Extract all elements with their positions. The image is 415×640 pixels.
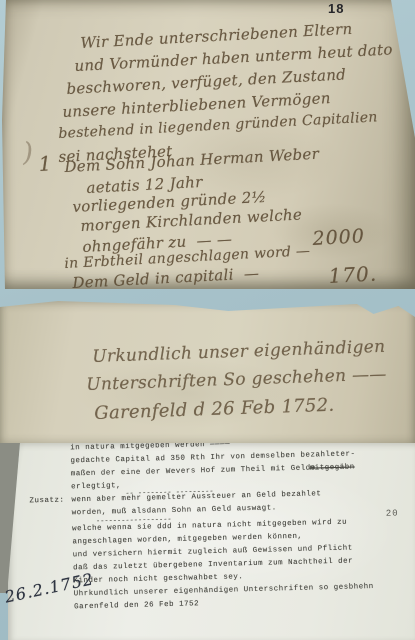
manuscript-handwriting-line: )	[22, 137, 34, 168]
typed-text-block: 20 in natura mitgegeben werden ————gedac…	[6, 435, 415, 640]
manuscript-fragment-signature: Urkundlich unser eigenhändigenUnterschri…	[0, 297, 415, 445]
typed-text-line: Uhrkundlich unserer eigenhändigen Unters…	[74, 583, 374, 598]
typed-text-line: gedachte Capital ad 350 Rth Ihr von dems…	[70, 450, 355, 465]
typed-text-line: angeschlagen worden, mitgegeben werden k…	[72, 533, 302, 547]
typed-text-line: wenn aber mehr gemelter Aussteuer an Gel…	[71, 490, 321, 504]
page-number-18: 18	[328, 1, 344, 16]
typed-text-line: daß das zuletzt übergebene Inventarium z…	[73, 558, 353, 573]
typed-text-line: mitgegäbn	[310, 463, 355, 472]
manuscript-page-top: 18 Wir Ende unterschriebenen Elternund V…	[0, 0, 415, 289]
typed-text-line: worden, muß alsdann Sohn an Geld auswagt…	[72, 504, 277, 517]
typed-text-line: und versichern hiermit zugleich auß Gewi…	[73, 545, 353, 560]
manuscript-handwriting-line: 1	[38, 151, 52, 176]
typed-text-line: maßen der eine der Wevers Hof zum Theil …	[71, 464, 316, 478]
typed-text-line: Kinder noch nicht geschwahbet sey.	[73, 573, 243, 585]
typed-transcription-page: 20 in natura mitgegeben werden ————gedac…	[8, 443, 415, 640]
page-number-20: 20	[386, 508, 399, 518]
manuscript-handwriting-line: Urkundlich unser eigenhändigen	[92, 337, 386, 367]
manuscript-handwriting-line: 2000	[312, 225, 365, 250]
manuscript-handwriting-line: 170.	[328, 261, 378, 288]
typed-text-line: Zusatz:	[29, 497, 64, 506]
manuscript-handwriting-line: Unterschriften So geschehen ——	[86, 365, 387, 395]
document-photo-composite: 18 Wir Ende unterschriebenen Elternund V…	[0, 0, 415, 640]
manuscript-handwriting-line: Garenfeld d 26 Feb 1752.	[94, 395, 335, 424]
typed-text-line: erlegtigt,	[71, 482, 121, 491]
typed-text-line: Garenfeld den 26 Feb 1752	[74, 600, 199, 611]
